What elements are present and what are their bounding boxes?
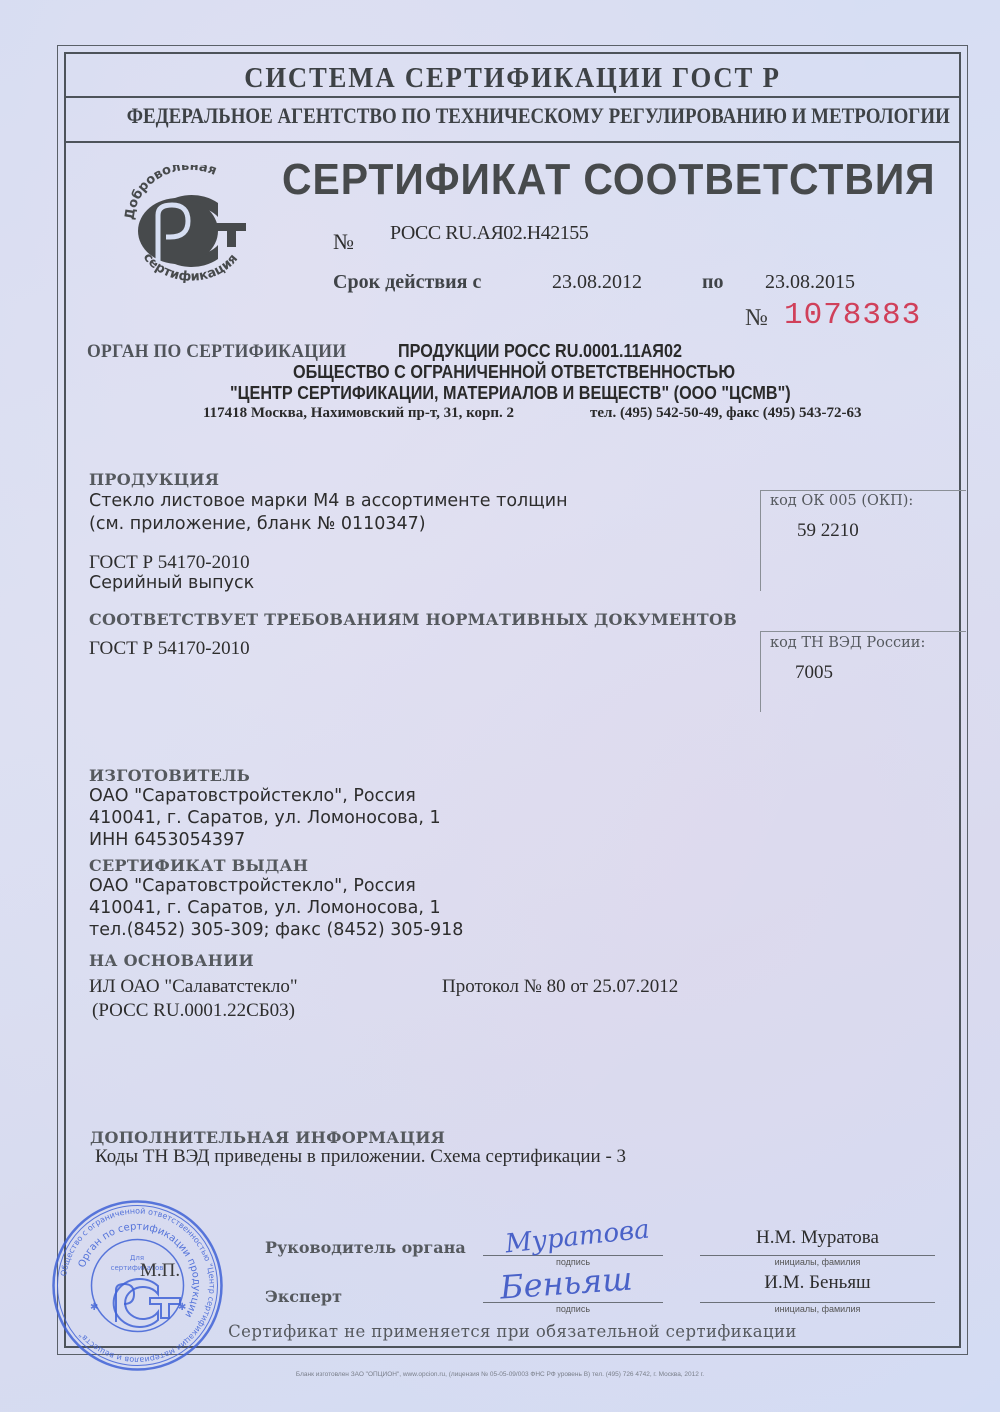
agency-name: ФЕДЕРАЛЬНОЕ АГЕНТСТВО ПО ТЕХНИЧЕСКОМУ РЕ… bbox=[127, 103, 898, 129]
name-caption: инициалы, фамилия bbox=[700, 1257, 935, 1267]
official-seal-stamp: Общество с ограниченной ответственностью… bbox=[50, 1198, 225, 1373]
certification-body-line: "ЦЕНТР СЕРТИФИКАЦИИ, МАТЕРИАЛОВ И ВЕЩЕСТ… bbox=[230, 383, 791, 404]
system-title: СИСТЕМА СЕРТИФИКАЦИИ ГОСТ Р bbox=[100, 62, 925, 95]
basis-lab: ИЛ ОАО "Салаватстекло" bbox=[89, 976, 298, 998]
compliance-standard: ГОСТ Р 54170-2010 bbox=[89, 638, 250, 660]
certificate-title: СЕРТИФИКАТ СООТВЕТСТВИЯ bbox=[282, 155, 936, 205]
name-caption: инициалы, фамилия bbox=[700, 1304, 935, 1314]
okp-code-label: код ОК 005 (ОКП): bbox=[770, 493, 913, 509]
manufacturer-line: ОАО "Саратовстройстекло", Россия bbox=[89, 786, 416, 806]
additional-info-heading: ДОПОЛНИТЕЛЬНАЯ ИНФОРМАЦИЯ bbox=[90, 1128, 445, 1147]
rst-logo-icon: Добровольная сертификация bbox=[120, 165, 260, 290]
basis-heading: НА ОСНОВАНИИ bbox=[89, 951, 254, 970]
okp-code-value: 59 2210 bbox=[797, 520, 859, 542]
tnved-code-label: код ТН ВЭД России: bbox=[770, 635, 925, 651]
issued-to-heading: СЕРТИФИКАТ ВЫДАН bbox=[89, 856, 308, 875]
manufacturer-line: ИНН 6453054397 bbox=[89, 830, 245, 850]
certification-body-line: ПРОДУКЦИИ РОСС RU.0001.11АЯ02 bbox=[398, 341, 682, 362]
certificate-number: РОСС RU.АЯ02.Н42155 bbox=[390, 222, 588, 245]
product-line: Стекло листовое марки М4 в ассортименте … bbox=[89, 491, 568, 511]
certification-body-line: ОБЩЕСТВО С ОГРАНИЧЕННОЙ ОТВЕТСТВЕННОСТЬЮ bbox=[293, 362, 735, 383]
expert-name: И.М. Беньяш bbox=[700, 1272, 935, 1294]
issued-to-line: ОАО "Саратовстройстекло", Россия bbox=[89, 876, 416, 896]
certification-body-address: 117418 Москва, Нахимовский пр-т, 31, кор… bbox=[203, 405, 514, 422]
validity-label: Срок действия с bbox=[333, 271, 481, 294]
manufacturer-heading: ИЗГОТОВИТЕЛЬ bbox=[89, 766, 250, 785]
voluntary-certification-disclaimer: Сертификат не применяется при обязательн… bbox=[64, 1322, 961, 1341]
issued-to-line: тел.(8452) 305-309; факс (8452) 305-918 bbox=[89, 920, 463, 940]
manufacturer-line: 410041, г. Саратов, ул. Ломоносова, 1 bbox=[89, 808, 441, 828]
additional-info-text: Коды ТН ВЭД приведены в приложении. Схем… bbox=[95, 1146, 626, 1168]
issued-to-line: 410041, г. Саратов, ул. Ломоносова, 1 bbox=[89, 898, 441, 918]
expert-label: Эксперт bbox=[265, 1287, 342, 1306]
signature-caption: подпись bbox=[483, 1304, 663, 1314]
basis-protocol: Протокол № 80 от 25.07.2012 bbox=[442, 976, 678, 998]
expert-name-line bbox=[700, 1302, 935, 1303]
seal-placeholder-label: М.П. bbox=[140, 1260, 180, 1282]
tnved-code-value: 7005 bbox=[795, 662, 833, 684]
blank-serial-number: 1078383 bbox=[784, 298, 921, 333]
blank-number-sign: № bbox=[745, 305, 768, 332]
valid-from-date: 23.08.2012 bbox=[552, 271, 642, 294]
product-heading: ПРОДУКЦИЯ bbox=[89, 470, 219, 489]
blank-printer-info: Бланк изготовлен ЗАО "ОПЦИОН", www.opcio… bbox=[0, 1371, 1000, 1378]
product-release: Серийный выпуск bbox=[89, 573, 254, 593]
product-standard: ГОСТ Р 54170-2010 bbox=[89, 552, 250, 574]
head-name-line bbox=[700, 1255, 935, 1256]
head-name: Н.М. Муратова bbox=[700, 1227, 935, 1249]
svg-text:✱: ✱ bbox=[178, 1302, 186, 1313]
compliance-heading: СООТВЕТСТВУЕТ ТРЕБОВАНИЯМ НОРМАТИВНЫХ ДО… bbox=[89, 610, 737, 629]
basis-lab-registration: (РОСС RU.0001.22СБ03) bbox=[92, 1000, 295, 1022]
svg-text:✱: ✱ bbox=[90, 1302, 98, 1313]
certification-body-contacts: тел. (495) 542-50-49, факс (495) 543-72-… bbox=[590, 405, 861, 422]
head-of-body-label: Руководитель органа bbox=[265, 1238, 466, 1257]
valid-to-date: 23.08.2015 bbox=[765, 271, 855, 294]
header-divider bbox=[64, 96, 961, 98]
number-sign: № bbox=[333, 229, 354, 255]
certification-body-label: ОРГАН ПО СЕРТИФИКАЦИИ bbox=[87, 341, 346, 363]
product-line: (см. приложение, бланк № 0110347) bbox=[89, 514, 426, 534]
valid-to-label: по bbox=[702, 271, 724, 294]
header-divider bbox=[64, 141, 961, 143]
